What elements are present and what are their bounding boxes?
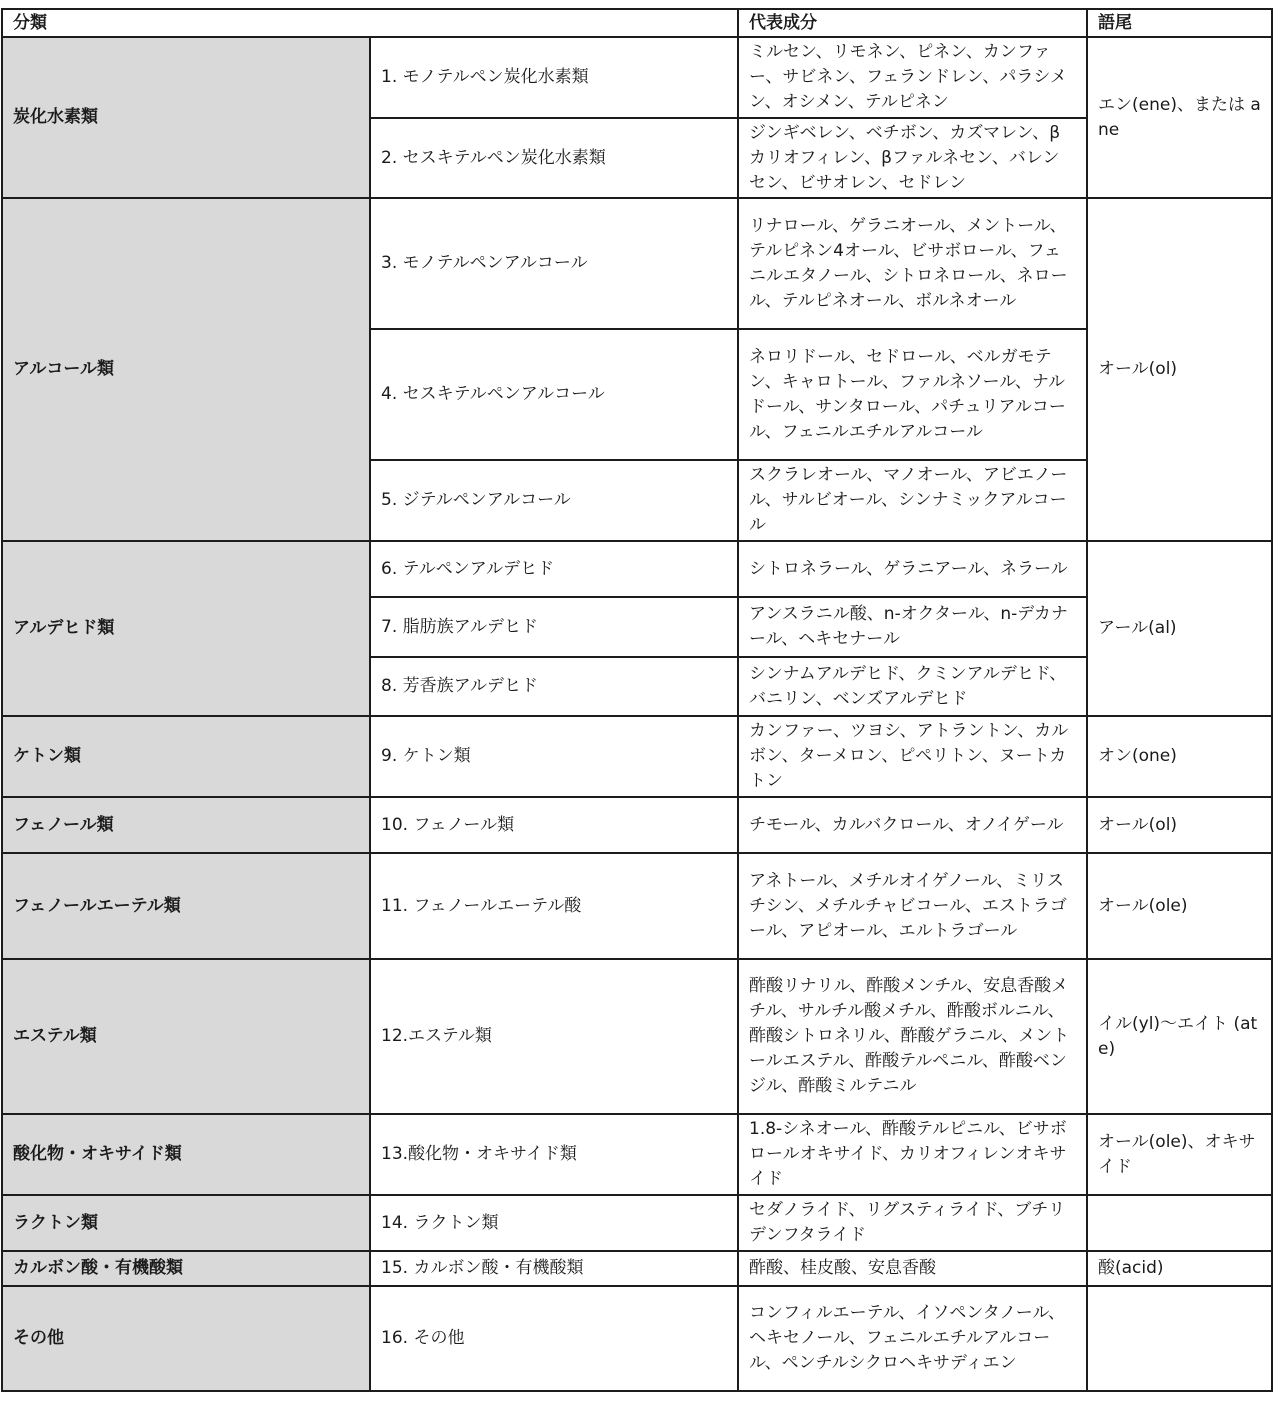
subcategory-cell: 12.エステル類 [370, 959, 738, 1114]
suffix-cell: オール(ol) [1087, 797, 1272, 853]
subcategory-cell: 8. 芳香族アルデヒド [370, 657, 738, 716]
header-components: 代表成分 [738, 9, 1087, 37]
category-cell: エステル類 [2, 959, 370, 1114]
subcategory-cell: 10. フェノール類 [370, 797, 738, 853]
table-row: ラクトン類 14. ラクトン類 セダノライド、リグスティライド、ブチリデンフタラ… [2, 1195, 1272, 1251]
components-cell: カンファー、ツヨシ、アトラントン、カルボン、ターメロン、ピペリトン、ヌートカトン [738, 716, 1087, 797]
subcategory-cell: 7. 脂肪族アルデヒド [370, 597, 738, 657]
table-row: 酸化物・オキサイド類 13.酸化物・オキサイド類 1.8-シネオール、酢酸テルピ… [2, 1114, 1272, 1195]
category-cell: フェノール類 [2, 797, 370, 853]
category-cell: 酸化物・オキサイド類 [2, 1114, 370, 1195]
suffix-cell: アール(al) [1087, 541, 1272, 716]
category-cell: アルコール類 [2, 198, 370, 541]
category-cell: カルボン酸・有機酸類 [2, 1251, 370, 1286]
subcategory-cell: 2. セスキテルペン炭化水素類 [370, 118, 738, 198]
table-row: カルボン酸・有機酸類 15. カルボン酸・有機酸類 酢酸、桂皮酸、安息香酸 酸(… [2, 1251, 1272, 1286]
components-cell: アネトール、メチルオイゲノール、ミリスチシン、メチルチャビコール、エストラゴール… [738, 853, 1087, 959]
header-suffix: 語尾 [1087, 9, 1272, 37]
category-cell: ラクトン類 [2, 1195, 370, 1251]
header-category: 分類 [2, 9, 738, 37]
components-cell: 酢酸リナリル、酢酸メンチル、安息香酸メチル、サルチル酸メチル、酢酸ボルニル、酢酸… [738, 959, 1087, 1114]
components-cell: チモール、カルバクロール、オノイゲール [738, 797, 1087, 853]
table-row: アルコール類 3. モノテルペンアルコール リナロール、ゲラニオール、メントール… [2, 198, 1272, 329]
subcategory-cell: 4. セスキテルペンアルコール [370, 329, 738, 460]
subcategory-cell: 9. ケトン類 [370, 716, 738, 797]
table-row: エステル類 12.エステル類 酢酸リナリル、酢酸メンチル、安息香酸メチル、サルチ… [2, 959, 1272, 1114]
suffix-cell: エン(ene)、または ane [1087, 37, 1272, 198]
category-cell: その他 [2, 1286, 370, 1391]
subcategory-cell: 14. ラクトン類 [370, 1195, 738, 1251]
table-row: フェノールエーテル類 11. フェノールエーテル酸 アネトール、メチルオイゲノー… [2, 853, 1272, 959]
subcategory-cell: 15. カルボン酸・有機酸類 [370, 1251, 738, 1286]
components-cell: リナロール、ゲラニオール、メントール、テルピネン4オール、ビサボロール、フェニル… [738, 198, 1087, 329]
table-row: その他 16. その他 コンフィルエーテル、イソペンタノール、ヘキセノール、フェ… [2, 1286, 1272, 1391]
components-cell: スクラレオール、マノオール、アビエノール、サルビオール、シンナミックアルコール [738, 460, 1087, 541]
subcategory-cell: 3. モノテルペンアルコール [370, 198, 738, 329]
suffix-cell: オール(ol) [1087, 198, 1272, 541]
category-cell: フェノールエーテル類 [2, 853, 370, 959]
components-cell: シトロネラール、ゲラニアール、ネラール [738, 541, 1087, 597]
components-cell: セダノライド、リグスティライド、ブチリデンフタライド [738, 1195, 1087, 1251]
suffix-cell [1087, 1286, 1272, 1391]
subcategory-cell: 6. テルペンアルデヒド [370, 541, 738, 597]
category-cell: ケトン類 [2, 716, 370, 797]
suffix-cell: オン(one) [1087, 716, 1272, 797]
terpene-classification-table: 分類 代表成分 語尾 炭化水素類 1. モノテルペン炭化水素類 ミルセン、リモネ… [1, 8, 1273, 1392]
subcategory-cell: 5. ジテルペンアルコール [370, 460, 738, 541]
table-row: ケトン類 9. ケトン類 カンファー、ツヨシ、アトラントン、カルボン、ターメロン… [2, 716, 1272, 797]
table-row: 炭化水素類 1. モノテルペン炭化水素類 ミルセン、リモネン、ピネン、カンファー… [2, 37, 1272, 118]
components-cell: アンスラニル酸、n-オクタール、n-デカナール、ヘキセナール [738, 597, 1087, 657]
subcategory-cell: 1. モノテルペン炭化水素類 [370, 37, 738, 118]
table-row: アルデヒド類 6. テルペンアルデヒド シトロネラール、ゲラニアール、ネラール … [2, 541, 1272, 597]
suffix-cell: イル(yl)〜エイト (ate) [1087, 959, 1272, 1114]
suffix-cell: オール(ole) [1087, 853, 1272, 959]
components-cell: シンナムアルデヒド、クミンアルデヒド、バニリン、ベンズアルデヒド [738, 657, 1087, 716]
table-row: フェノール類 10. フェノール類 チモール、カルバクロール、オノイゲール オー… [2, 797, 1272, 853]
components-cell: 酢酸、桂皮酸、安息香酸 [738, 1251, 1087, 1286]
subcategory-cell: 16. その他 [370, 1286, 738, 1391]
components-cell: コンフィルエーテル、イソペンタノール、ヘキセノール、フェニルエチルアルコール、ペ… [738, 1286, 1087, 1391]
components-cell: ジンギベレン、ベチボン、カズマレン、βカリオフィレン、βファルネセン、バレンセン… [738, 118, 1087, 198]
components-cell: ミルセン、リモネン、ピネン、カンファー、サビネン、フェランドレン、パラシメン、オ… [738, 37, 1087, 118]
components-cell: 1.8-シネオール、酢酸テルピニル、ビサボロールオキサイド、カリオフィレンオキサ… [738, 1114, 1087, 1195]
suffix-cell [1087, 1195, 1272, 1251]
subcategory-cell: 13.酸化物・オキサイド類 [370, 1114, 738, 1195]
category-cell: アルデヒド類 [2, 541, 370, 716]
subcategory-cell: 11. フェノールエーテル酸 [370, 853, 738, 959]
components-cell: ネロリドール、セドロール、ベルガモテン、キャロトール、ファルネソール、ナルドール… [738, 329, 1087, 460]
suffix-cell: 酸(acid) [1087, 1251, 1272, 1286]
category-cell: 炭化水素類 [2, 37, 370, 198]
suffix-cell: オール(ole)、オキサイド [1087, 1114, 1272, 1195]
header-row: 分類 代表成分 語尾 [2, 9, 1272, 37]
